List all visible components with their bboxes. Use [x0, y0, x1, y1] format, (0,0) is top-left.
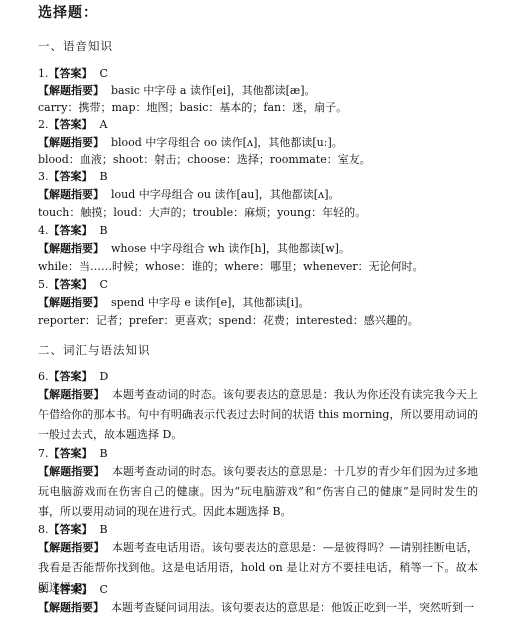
answer-value: B: [100, 224, 108, 237]
explain-paragraph-6: 【解题指要】 本题考查动词的时态。该句要表达的意思是：我认为你还没有读完我今天上…: [38, 385, 478, 445]
answer-line-7: 7.【答案】 B: [38, 446, 108, 462]
answer-line-8: 8.【答案】 B: [38, 522, 108, 538]
explain-line-3: 【解题指要】 loud 中字母组合 ou 读作[au]，其他都读[ʌ]。: [38, 187, 340, 203]
answer-value: A: [100, 118, 108, 131]
vocab-line-3: touch：触摸；loud：大声的；trouble：麻烦；young：年轻的。: [38, 205, 366, 221]
vocab-line-5: reporter：记者；prefer：更喜欢；spend：花费；interest…: [38, 313, 419, 329]
answer-value: B: [100, 523, 108, 536]
answer-line-5: 5.【答案】 C: [38, 277, 108, 293]
answer-value: B: [100, 170, 108, 183]
explain-line-9: 【解题指要】 本题考查疑问词用法。该句要表达的意思是：他饭正吃到一半，突然听到一: [38, 600, 474, 616]
answer-line-6: 6.【答案】 D: [38, 369, 108, 385]
answer-value: C: [100, 67, 108, 80]
explain-line-4: 【解题指要】 whose 中字母组合 wh 读作[h]，其他都读[w]。: [38, 241, 350, 257]
vocab-line-1: carry：携带；map：地图；basic：基本的；fan：迷，扇子。: [38, 100, 347, 116]
answer-line-2: 2.【答案】 A: [38, 117, 107, 133]
answer-line-4: 4.【答案】 B: [38, 223, 108, 239]
vocab-line-2: blood：血液；shoot：射击；choose：选择；roommate：室友。: [38, 152, 371, 168]
answer-value: B: [100, 447, 108, 460]
section-heading-phonetics: 一、语音知识: [38, 38, 113, 54]
vocab-line-4: while：当……时候；whose：谁的；where：哪里；whenever：无…: [38, 259, 424, 275]
answer-line-1: 1.【答案】 C: [38, 66, 108, 82]
answer-value: C: [100, 278, 108, 291]
explain-paragraph-7: 【解题指要】 本题考查动词的时态。该句要表达的意思是：十几岁的青少年们因为过多地…: [38, 462, 478, 522]
answer-line-3: 3.【答案】 B: [38, 169, 108, 185]
explain-line-2: 【解题指要】 blood 中字母组合 oo 读作[ʌ]，其他都读[uː]。: [38, 135, 343, 151]
answer-value: C: [100, 583, 108, 596]
page-title: 选择题：: [38, 5, 98, 21]
explain-line-5: 【解题指要】 spend 中字母 e 读作[e]，其他都读[i]。: [38, 295, 310, 311]
answer-value: D: [100, 370, 109, 383]
explain-line-1: 【解题指要】 basic 中字母 a 读作[ei]，其他都读[æ]。: [38, 83, 316, 99]
section-heading-vocab-grammar: 二、词汇与语法知识: [38, 342, 151, 358]
answer-line-9: 9.【答案】 C: [38, 582, 108, 598]
